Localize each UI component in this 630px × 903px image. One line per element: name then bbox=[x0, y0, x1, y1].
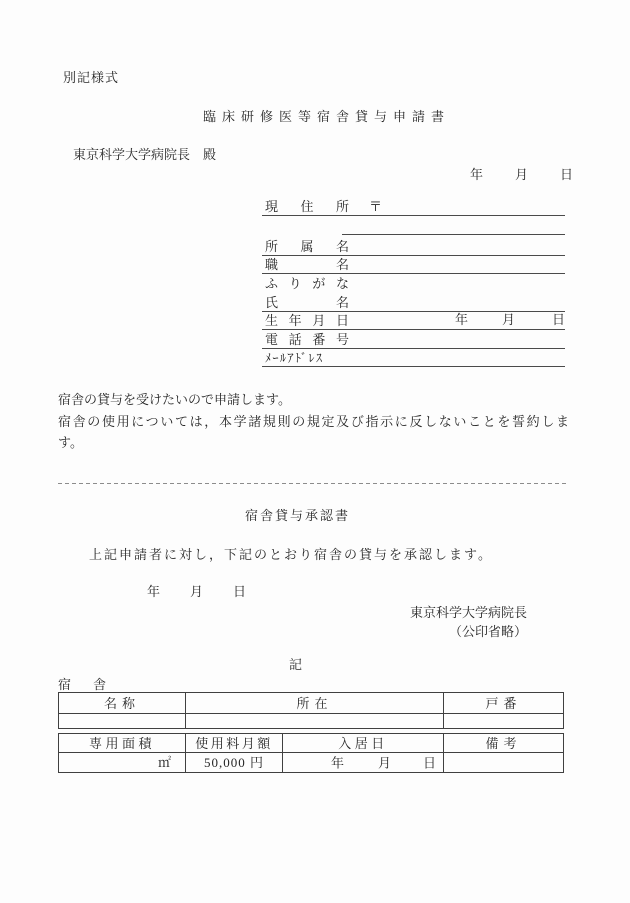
application-date-year-label: 年 bbox=[470, 168, 483, 181]
email-label: ﾒｰﾙｱﾄﾞﾚｽ bbox=[265, 352, 324, 364]
cell-location-empty bbox=[186, 714, 444, 729]
dormitory-table-upper: 名称 所在 戸番 bbox=[58, 692, 564, 729]
phone-label: 電話番号 bbox=[265, 333, 349, 346]
field-furigana: ふりがな bbox=[262, 274, 565, 292]
header-unit-number: 戸番 bbox=[444, 693, 564, 714]
declaration-line3: す。 bbox=[58, 432, 569, 454]
approval-date-year-label: 年 bbox=[147, 585, 160, 598]
seal-omitted-note: （公印省略） bbox=[449, 625, 527, 638]
form-style-note: 別記様式 bbox=[63, 71, 119, 84]
current-address-label: 現住所 bbox=[265, 200, 349, 213]
name-label: 氏名 bbox=[265, 296, 349, 309]
header-monthly-fee: 使用料月額 bbox=[186, 734, 283, 753]
table-header-row2: 専用面積 使用料月額 入居日 備考 bbox=[59, 734, 564, 753]
approval-date-day-label: 日 bbox=[233, 585, 246, 598]
declaration-line1: 宿舎の貸与を受けたいので申請します。 bbox=[58, 389, 569, 411]
cell-name-empty bbox=[59, 714, 186, 729]
address-line2-rule bbox=[342, 216, 565, 235]
approval-date-month-label: 月 bbox=[190, 585, 203, 598]
application-date-month-label: 月 bbox=[515, 168, 528, 181]
field-birthdate: 生年月日 年 月 日 bbox=[262, 312, 565, 330]
header-location: 所在 bbox=[186, 693, 444, 714]
approval-body: 上記申請者に対し，下記のとおり宿舎の貸与を承認します。 bbox=[89, 548, 493, 561]
cell-area-unit: ㎡ bbox=[59, 753, 186, 773]
header-remarks: 備考 bbox=[444, 734, 564, 753]
birthdate-month-label: 月 bbox=[502, 313, 515, 326]
application-document: 別記様式 臨床研修医等宿舎貸与申請書 東京科学大学病院長 殿 年 月 日 現住所… bbox=[0, 0, 630, 903]
position-label: 職名 bbox=[265, 258, 349, 271]
section-divider-dashed-line bbox=[58, 483, 568, 484]
move-in-day-label: 日 bbox=[423, 756, 436, 769]
table-header-row: 名称 所在 戸番 bbox=[59, 693, 564, 714]
approval-title: 宿舎貸与承認書 bbox=[245, 509, 350, 522]
field-affiliation: 所属名 bbox=[262, 237, 565, 256]
field-address-line2 bbox=[262, 216, 565, 237]
field-phone: 電話番号 bbox=[262, 330, 565, 349]
affiliation-label: 所属名 bbox=[265, 240, 349, 253]
birthdate-day-label: 日 bbox=[552, 313, 565, 326]
field-position: 職名 bbox=[262, 256, 565, 274]
cell-move-in-date: 年 月 日 bbox=[283, 753, 444, 773]
furigana-label: ふりがな bbox=[265, 277, 349, 290]
field-email: ﾒｰﾙｱﾄﾞﾚｽ bbox=[262, 349, 565, 367]
dormitory-table-lower: 専用面積 使用料月額 入居日 備考 ㎡ 50,000 円 年 月 日 bbox=[58, 733, 564, 773]
cell-monthly-fee: 50,000 円 bbox=[186, 753, 283, 773]
table-value-row: ㎡ 50,000 円 年 月 日 bbox=[59, 753, 564, 773]
record-mark: 記 bbox=[289, 658, 302, 671]
postal-mark: 〒 bbox=[369, 200, 382, 213]
birthdate-year-label: 年 bbox=[455, 313, 468, 326]
cell-remarks-empty bbox=[444, 753, 564, 773]
move-in-month-label: 月 bbox=[378, 756, 391, 769]
document-title: 臨床研修医等宿舎貸与申請書 bbox=[203, 110, 450, 123]
declaration-paragraph: 宿舎の貸与を受けたいので申請します。 宿舎の使用については，本学諸規則の規定及び… bbox=[58, 389, 569, 454]
application-date-day-label: 日 bbox=[560, 168, 573, 181]
table-empty-row bbox=[59, 714, 564, 729]
header-exclusive-area: 専用面積 bbox=[59, 734, 186, 753]
move-in-year-label: 年 bbox=[331, 756, 344, 769]
applicant-fields: 現住所 〒 所属名 職名 ふりがな 氏名 生年月日 年 月 日 電話番号 ﾒｰﾙ… bbox=[262, 195, 565, 367]
header-move-in-date: 入居日 bbox=[283, 734, 444, 753]
field-current-address: 現住所 〒 bbox=[262, 195, 565, 216]
approver-signature: 東京科学大学病院長 bbox=[410, 606, 527, 619]
cell-unit-number-empty bbox=[444, 714, 564, 729]
field-name: 氏名 bbox=[262, 292, 565, 312]
recipient-line: 東京科学大学病院長 殿 bbox=[73, 148, 216, 161]
dormitory-caption: 宿舎 bbox=[58, 678, 106, 691]
birthdate-label: 生年月日 bbox=[265, 314, 349, 327]
declaration-line2: 宿舎の使用については，本学諸規則の規定及び指示に反しないことを誓約しま bbox=[58, 411, 569, 433]
header-name: 名称 bbox=[59, 693, 186, 714]
